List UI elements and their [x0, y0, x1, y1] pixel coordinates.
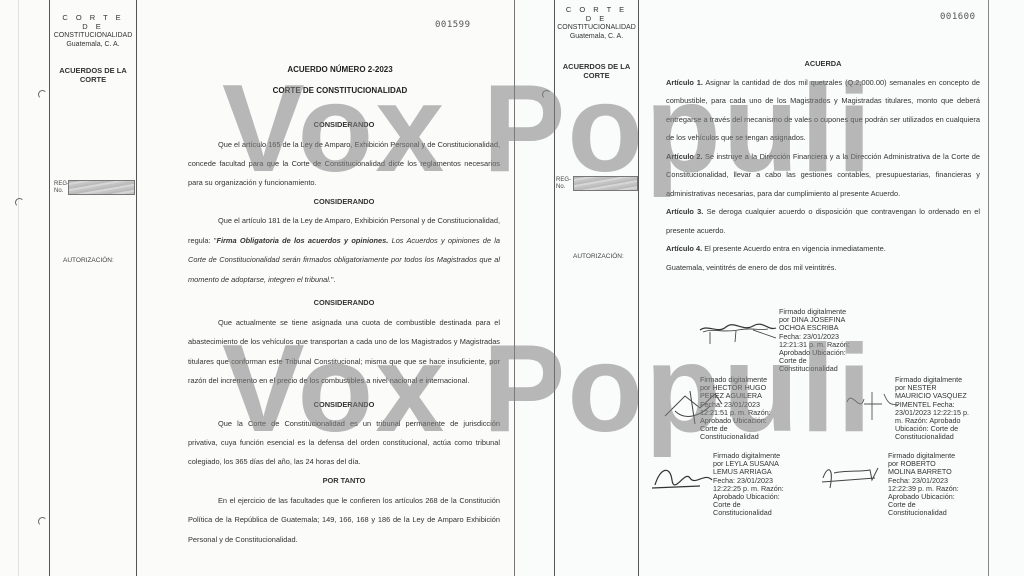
authorization-label: AUTORIZACIÓN: [63, 257, 114, 264]
letterhead-city: Guatemala, C. A. [555, 32, 638, 41]
digital-signature-perez: Firmado digitalmente por HECTOR HUGO PER… [700, 376, 771, 442]
section-paragraph: En el ejercicio de las facultades que le… [188, 491, 500, 550]
section-paragraph: Que el artículo 181 de la Ley de Amparo,… [188, 211, 500, 289]
letterhead-line3: CONSTITUCIONALIDAD [50, 31, 136, 40]
document-subtitle: CORTE DE CONSTITUCIONALIDAD [200, 86, 480, 95]
acuerda-heading: ACUERDA [666, 55, 980, 74]
section-label-line2: CORTE [555, 71, 638, 80]
folio-number: 001599 [435, 20, 471, 30]
section-heading: CONSIDERANDO [188, 293, 500, 313]
margin-rule-right [638, 0, 639, 576]
section-label-line2: CORTE [50, 75, 136, 84]
handwritten-signature [842, 384, 902, 424]
document-page-right: C O R T E D E CONSTITUCIONALIDAD Guatema… [520, 0, 1024, 576]
article-4: Artículo 4. El presente Acuerdo entra en… [666, 240, 980, 259]
section-label-line1: ACUERDOS DE LA [50, 66, 136, 75]
letterhead-line1: C O R T E [555, 5, 638, 14]
document-page-left: C O R T E D E CONSTITUCIONALIDAD Guatema… [0, 0, 520, 576]
folio-number: 001600 [940, 12, 976, 22]
article-label: Artículo 3. [666, 207, 703, 216]
article-2: Artículo 2. Se instruye a la Dirección F… [666, 148, 980, 204]
section-paragraph: Que el artículo 165 de la Ley de Amparo,… [188, 135, 500, 192]
punch-hole-mark [542, 90, 551, 99]
section-heading: CONSIDERANDO [188, 395, 500, 415]
reg-label-line1: REG- [556, 177, 571, 184]
punch-hole-mark [38, 90, 47, 99]
page-edge-right [988, 0, 989, 576]
reg-number-redacted [68, 180, 135, 195]
letterhead: C O R T E D E CONSTITUCIONALIDAD Guatema… [555, 5, 638, 41]
reg-number-redacted [573, 176, 638, 191]
reg-label-line2: No. [556, 184, 571, 191]
page-edge-line [514, 0, 515, 576]
letterhead-city: Guatemala, C. A. [50, 40, 136, 49]
reg-label-line2: No. [54, 188, 69, 195]
digital-signature-vasquez: Firmado digitalmente por NESTER MAURICIO… [895, 376, 969, 442]
paragraph-text: ". [331, 275, 336, 284]
article-label: Artículo 1. [666, 78, 703, 87]
section-paragraph: Que la Corte de Constitucionalidad es un… [188, 414, 500, 471]
reg-label: REG- No. [556, 177, 571, 191]
article-label: Artículo 4. [666, 244, 702, 253]
article-3: Artículo 3. Se deroga cualquier acuerdo … [666, 203, 980, 240]
digital-signature-molina: Firmado digitalmente por ROBERTO MOLINA … [888, 452, 959, 518]
letterhead-line2: D E [50, 22, 136, 31]
handwritten-signature [698, 322, 778, 352]
letterhead: C O R T E D E CONSTITUCIONALIDAD Guatema… [50, 13, 136, 49]
section-paragraph: Que actualmente se tiene asignada una cu… [188, 313, 500, 391]
letterhead-line3: CONSTITUCIONALIDAD [555, 23, 638, 32]
closing-date: Guatemala, veintitrés de enero de dos mi… [666, 259, 980, 278]
quote-title: Firma Obligatoria de los acuerdos y opin… [216, 236, 388, 245]
article-text: Asignar la cantidad de dos mil quetzales… [666, 78, 980, 143]
letterhead-line2: D E [555, 14, 638, 23]
article-1: Artículo 1. Asignar la cantidad de dos m… [666, 74, 980, 148]
scan-edge-line [18, 0, 19, 576]
article-text: El presente Acuerdo entra en vigencia in… [702, 244, 886, 253]
handwritten-signature [650, 460, 720, 495]
section-heading: CONSIDERANDO [188, 115, 500, 135]
margin-rule-left [554, 0, 555, 576]
letterhead-line1: C O R T E [50, 13, 136, 22]
article-label: Artículo 2. [666, 152, 703, 161]
digital-signature-lemus: Firmado digitalmente por LEYLA SUSANA LE… [713, 452, 784, 518]
acuerda-body: ACUERDA Artículo 1. Asignar la cantidad … [666, 55, 980, 277]
document-title: ACUERDO NÚMERO 2-2023 [200, 65, 480, 74]
article-text: Se instruye a la Dirección Financiera y … [666, 152, 980, 198]
section-heading: POR TANTO [188, 471, 500, 491]
authorization-label: AUTORIZACIÓN: [573, 253, 624, 260]
margin-rule-left [49, 0, 50, 576]
section-label: ACUERDOS DE LA CORTE [555, 62, 638, 80]
section-label: ACUERDOS DE LA CORTE [50, 66, 136, 84]
reg-label: REG- No. [54, 181, 69, 195]
article-text: Se deroga cualquier acuerdo o disposició… [666, 207, 980, 235]
handwritten-signature [820, 458, 890, 493]
section-heading: CONSIDERANDO [188, 192, 500, 212]
margin-rule-right [136, 0, 137, 576]
punch-hole-mark [38, 517, 47, 526]
punch-hole-mark [15, 198, 24, 207]
considerando-body: CONSIDERANDO Que el artículo 165 de la L… [188, 115, 500, 549]
reg-label-line1: REG- [54, 181, 69, 188]
section-label-line1: ACUERDOS DE LA [555, 62, 638, 71]
digital-signature-ochoa: Firmado digitalmente por DINA JOSEFINA O… [779, 308, 850, 374]
